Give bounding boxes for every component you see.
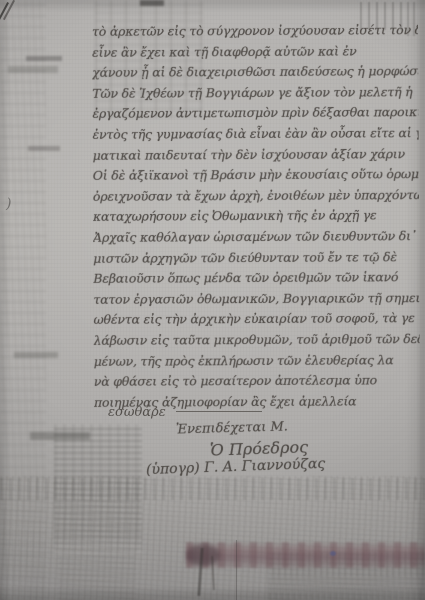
- handwritten-line: νὰ φθάσει εἰς τὸ μεσαίτερον ἀποτέλεσμα ὑ…: [94, 370, 420, 392]
- reddish-stain-band: [186, 542, 425, 568]
- bottom-left-bleedthrough: [58, 548, 136, 600]
- signature-name-line: (ὑπογρ) Γ. Α. Γιαννούζας: [146, 456, 326, 479]
- handwritten-text-block: τὸ ἀρκετῶν εἰς τὸ σύγχρονον ἰσχύουσαν εἰ…: [92, 20, 420, 418]
- handwritten-line: Τῶν δὲ Ἰχθέων τῇ Βογγιάρων γε ἄξιον τὸν …: [92, 82, 418, 104]
- handwritten-line: μιστῶν ἀρχηγῶν τῶν διεύθυνταν τοῦ ἔν τε …: [93, 247, 419, 269]
- bottom-right-smudge: [268, 552, 425, 600]
- corner-pen-strokes: [1, 1, 21, 29]
- margin-smudge-b: [8, 66, 58, 73]
- speckle-band: [0, 478, 425, 500]
- manuscript-photo: ) τὸ ἀρκετῶν εἰς τὸ σύγχρονον ἰσχύουσαν …: [0, 0, 425, 600]
- handwritten-line: λάβωσιν εἰς ταῦτα μικροθυμῶν, τοῦ ἀριθμο…: [94, 329, 420, 351]
- stain-blob: [186, 544, 220, 566]
- handwritten-line: Βεβαιοῦσιν ὅπως μένδα τῶν ὀρειθμῶν τῶν ἱ…: [93, 267, 419, 289]
- left-edge-smudge-column: [0, 0, 46, 600]
- lower-left-bleedthrough-block: [54, 424, 142, 556]
- blue-ink-speck: [330, 551, 336, 556]
- bottom-mottled-area: [0, 476, 425, 600]
- closing-dash-rule: [176, 411, 262, 412]
- signature-place-line: Ἐνεπιδέχεται Μ.: [176, 420, 288, 439]
- handwritten-line: ωθέντα εἰς τὴν ἀρχικὴν εὐκαιρίαν τοῦ σοφ…: [93, 308, 419, 330]
- handwritten-line: εἶνε ἂν ἔχει καὶ τῇ διαφθορᾷ αὐτῶν καὶ ἐ…: [92, 41, 418, 63]
- handwritten-line: χάνουν ᾗ αἱ δὲ διαχειρισθῶσι παιδεύσεως …: [92, 61, 418, 83]
- handwritten-line: τατον ἐργασιῶν ὀθωμανικῶν, Βογγιαρικῶν τ…: [93, 288, 419, 310]
- margin-smudge-d: [14, 352, 58, 358]
- handwritten-line: ματικαὶ παιδευταί τὴν δὲν ἰσχύουσαν ἀξία…: [93, 144, 419, 166]
- ink-drip-mark: [197, 548, 203, 596]
- closing-word: εσωθάρε: [108, 405, 166, 420]
- handwritten-line: ἐντὸς τῆς γυμνασίας διὰ εἶναι ἐὰν ἂν οὖσ…: [93, 123, 419, 145]
- margin-smudge-c: [28, 146, 60, 151]
- handwritten-line: καταχωρήσουν εἰς Ὀθωμανικὴ τῆς ἐν ἀρχῇ γ…: [93, 205, 419, 227]
- thin-vertical-streak: [236, 540, 237, 600]
- top-edge-smudge: [140, 0, 164, 6]
- margin-smudge-e: [30, 432, 90, 440]
- handwritten-line: Ἀρχαῖς καθόλαγαν ὡρισαμένων τῶν διευθυντ…: [93, 226, 419, 248]
- handwritten-line: μένων, τῆς πρὸς ἐκπλήρωσιν τῶν ἐλευθερία…: [94, 350, 420, 372]
- margin-paren-mark: ): [6, 196, 11, 212]
- ink-drip-mark-2: [211, 556, 215, 590]
- handwritten-line: τὸ ἀρκετῶν εἰς τὸ σύγχρονον ἰσχύουσαν εἰ…: [92, 20, 418, 42]
- margin-smudge-a: [26, 56, 62, 61]
- handwritten-line: ὀρειχνοῦσαν τὰ ἔχων ἀρχὴ, ἐνοιθέων μὲν ὑ…: [93, 185, 419, 207]
- handwritten-line: Οἱ δὲ ἀξιϊκανοὶ τῇ Βράσιν μὴν ἑκουσίαις …: [93, 164, 419, 186]
- handwritten-line: ἐργαζόμενον ἀντιμετωπισμὸν πρὶν δέξασθαι…: [92, 103, 418, 125]
- closing-line: εσωθάρε: [108, 404, 262, 422]
